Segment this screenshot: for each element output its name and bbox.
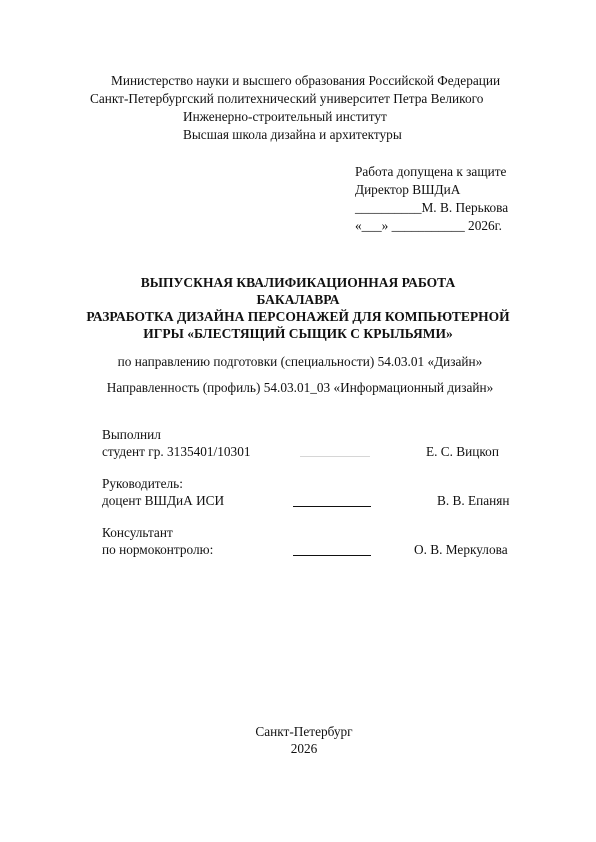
supervisor-position: доцент ВШДиА ИСИ [102, 492, 224, 510]
consultant-signature-line [293, 555, 371, 556]
title-line-1: ВЫПУСКНАЯ КВАЛИФИКАЦИОННАЯ РАБОТА [0, 274, 596, 292]
consultant-position: по нормоконтролю: [102, 541, 213, 559]
title-line-3: РАЗРАБОТКА ДИЗАЙНА ПЕРСОНАЖЕЙ ДЛЯ КОМПЬЮ… [0, 308, 596, 326]
supervisor-name: В. В. Епанян [437, 492, 510, 510]
approval-date-row: «___» ___________ 2026г. [355, 217, 502, 235]
student-signature-line [300, 456, 370, 457]
student-position: студент гр. 3135401/10301 [102, 443, 251, 461]
school-line: Высшая школа дизайна и архитектуры [183, 126, 402, 144]
student-role: Выполнил [102, 426, 161, 444]
approval-signature-blank: __________ [355, 200, 421, 215]
footer-city: Санкт-Петербург [6, 723, 596, 741]
supervisor-role: Руководитель: [102, 475, 183, 493]
footer-year: 2026 [6, 740, 596, 758]
approval-director: Директор ВШДиА [355, 181, 460, 199]
supervisor-signature-line [293, 506, 371, 507]
title-line-4: ИГРЫ «БЛЕСТЯЩИЙ СЫЩИК С КРЫЛЬЯМИ» [0, 325, 596, 343]
student-name: Е. С. Вицкоп [426, 443, 499, 461]
institute-line: Инженерно-строительный институт [183, 108, 387, 126]
approval-signatory: М. В. Перькова [421, 200, 508, 215]
specialty-line: по направлению подготовки (специальности… [2, 353, 596, 371]
profile-line: Направленность (профиль) 54.03.01_03 «Ин… [2, 379, 596, 397]
ministry-line: Министерство науки и высшего образования… [111, 72, 500, 90]
title-line-2: БАКАЛАВРА [0, 291, 596, 309]
approval-year: 2026г. [468, 218, 502, 233]
approval-admitted: Работа допущена к защите [355, 163, 506, 181]
approval-month-blank: ___________ [392, 218, 465, 233]
consultant-role: Консультант [102, 524, 173, 542]
consultant-name: О. В. Меркулова [414, 541, 508, 559]
approval-signature-row: __________М. В. Перькова [355, 199, 508, 217]
approval-day-blank: «___» [355, 218, 388, 233]
university-line: Санкт-Петербургский политехнический унив… [90, 90, 483, 108]
